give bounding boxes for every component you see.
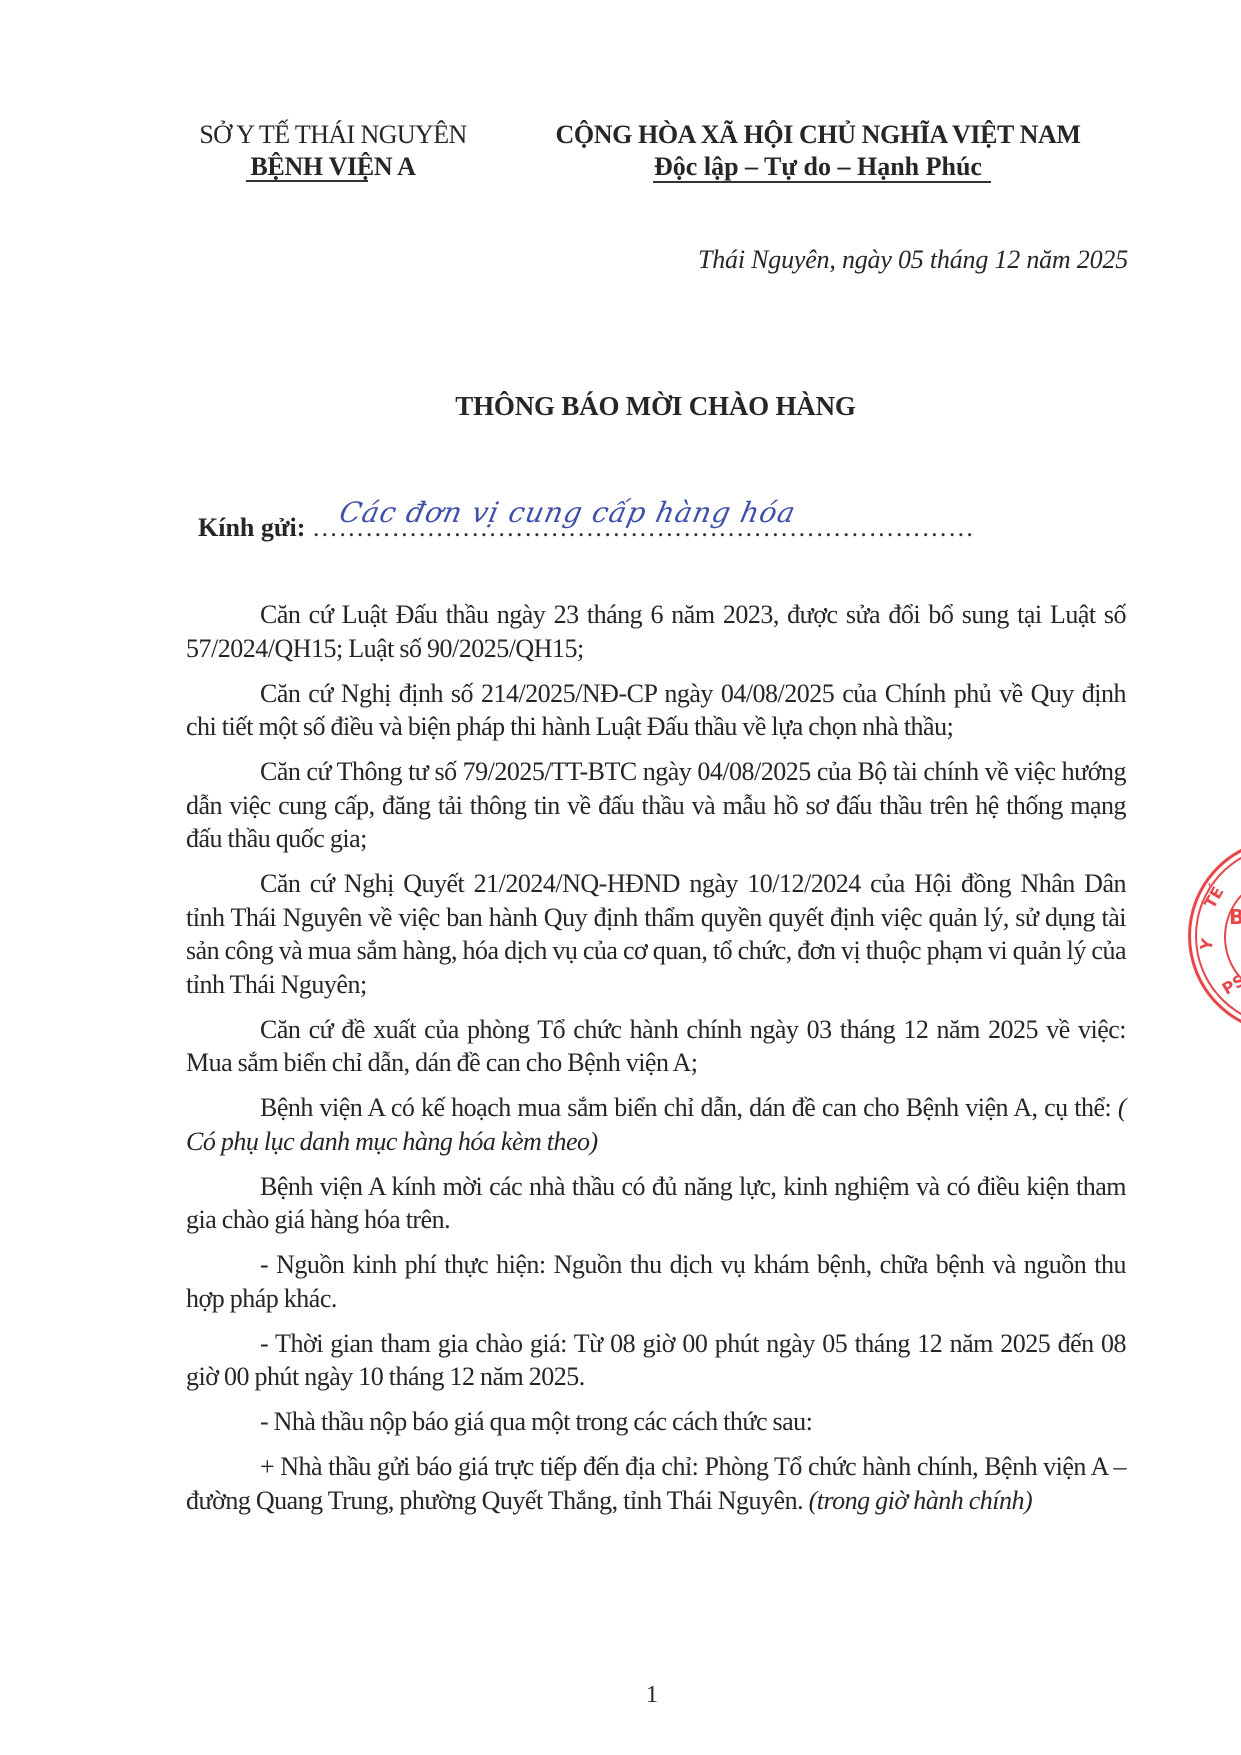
issuer-department: SỞ Y TẾ THÁI NGUYÊN [168,119,498,151]
paragraph: Căn cứ Nghị Quyết 21/2024/NQ-HĐND ngày 1… [186,867,1126,1001]
office-hours-note: (trong giờ hành chính) [809,1486,1033,1515]
national-motto: Độc lập – Tự do – Hạnh Phúc [528,151,1108,183]
paragraph: - Thời gian tham gia chào giá: Từ 08 giờ… [186,1327,1126,1394]
paragraph: Căn cứ Thông tư số 79/2025/TT-BTC ngày 0… [186,755,1126,856]
country-name: CỘNG HÒA XÃ HỘI CHỦ NGHĨA VIỆT NAM [528,119,1108,151]
paragraph: Căn cứ đề xuất của phòng Tổ chức hành ch… [186,1013,1126,1080]
issuer-block: SỞ Y TẾ THÁI NGUYÊN BỆNH VIỆN A [168,119,498,183]
paragraph: Căn cứ Nghị định số 214/2025/NĐ-CP ngày … [186,677,1126,744]
recipient-label: Kính gửi: [198,513,305,542]
national-header: CỘNG HÒA XÃ HỘI CHỦ NGHĨA VIỆT NAM Độc l… [528,119,1108,183]
document-body: Căn cứ Luật Đấu thầu ngày 23 tháng 6 năm… [186,598,1126,1529]
paragraph: Căn cứ Luật Đấu thầu ngày 23 tháng 6 năm… [186,598,1126,665]
document-title: THÔNG BÁO MỜI CHÀO HÀNG [0,391,1241,422]
stamp-text: B [1229,905,1241,929]
paragraph: - Nguồn kinh phí thực hiện: Nguồn thu dị… [186,1248,1126,1315]
motto-underline [653,181,991,183]
paragraph: Bệnh viện A kính mời các nhà thầu có đủ … [186,1170,1126,1237]
issuer-underline [246,180,368,182]
date-line: Thái Nguyên, ngày 05 tháng 12 năm 2025 [698,245,1128,275]
paragraph: - Nhà thầu nộp báo giá qua một trong các… [186,1405,1126,1439]
handwritten-recipient: Các đơn vị cung cấp hàng hóa [336,496,799,529]
paragraph: + Nhà thầu gửi báo giá trực tiếp đến địa… [186,1450,1126,1517]
page-number: 1 [646,1682,658,1709]
issuer-organization: BỆNH VIỆN A [168,151,498,183]
paragraph: Bệnh viện A có kế hoạch mua sắm biển chỉ… [186,1091,1126,1158]
